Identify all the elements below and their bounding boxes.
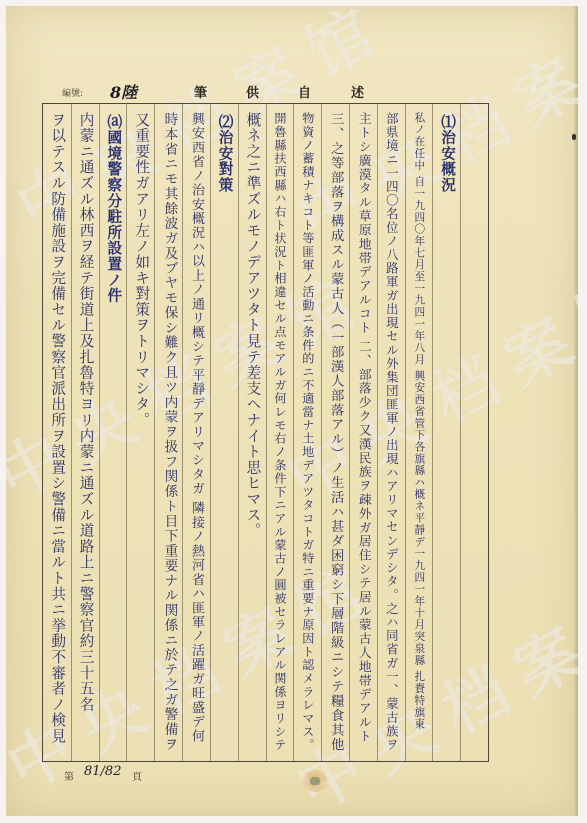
grid-column: ⑴治安概況 (432, 104, 460, 761)
section-heading: ⒜國境警察分駐所設置ノ件 (106, 114, 121, 304)
title-char: 自 (298, 82, 311, 101)
grid-column: ⑵治安對策 (210, 104, 238, 761)
page-prefix: 第 (64, 768, 74, 783)
stamp-mark-inner (310, 777, 320, 785)
title-char: 供 (246, 82, 259, 101)
handwritten-line: 時本省ニモ其餘波ガ及ブヤモ保シ難ク且ツ内蒙ヲ扱フ関係ト目下重要ナル関係ニ於テ之ガ… (162, 112, 176, 752)
grid-column: 物資ノ蓄積ナキコト等匪軍ノ活動ニ条件的ニ不適當ナ土地デアツタコトガ特ニ重要ナ原因… (293, 104, 321, 761)
title-char: 述 (351, 82, 364, 101)
grid-column: 内蒙ニ通ズル林西ヲ経テ街道上及扎魯特ヨリ内蒙ニ通ズル道路上ニ警察官約三十五名 (71, 104, 99, 761)
handwritten-line: 内蒙ニ通ズル林西ヲ経テ街道上及扎魯特ヨリ内蒙ニ通ズル道路上ニ警察官約三十五名 (78, 112, 93, 712)
handwritten-line: ヲ以テスル防備施設ヲ完備セル警察官派出所ヲ設置シ警備ニ當ルト共ニ挙動不審者ノ検見 (50, 112, 65, 744)
grid-column: 主トシ廣漠タル草原地帯デアルコト 二、部落少ク又漢民族ヲ疎外ガ居住シテ居ル蒙古人… (349, 104, 377, 761)
section-heading: ⑴治安概況 (439, 114, 454, 193)
grid-column: 又重要性ガアリ左ノ如キ對策ヲトリマシタ。 (126, 104, 154, 761)
grid-column: ⒜國境警察分駐所設置ノ件 (99, 104, 127, 761)
grid-column: 部県境ニ一四〇名位ノ八路軍ガ出現セル外集団匪軍ノ出現ハアリマセンデシタ。之ハ同省… (377, 104, 405, 761)
handwritten-line: 物資ノ蓄積ナキコト等匪軍ノ活動ニ条件的ニ不適當ナ土地デアツタコトガ特ニ重要ナ原因… (302, 112, 314, 752)
grid-column: 三、之等部落ヲ構成スル蒙古人（一部漢人部落アル）ノ生活ハ甚ダ困窮シ下層階級ニシテ… (321, 104, 349, 761)
sheet-edge (574, 6, 578, 816)
handwritten-line: 又重要性ガアリ左ノ如キ對策ヲトリマシタ。 (134, 112, 149, 428)
punch-mark (572, 134, 576, 140)
serial-number-value: 8陸 (110, 80, 137, 103)
handwritten-line: 主トシ廣漠タル草原地帯デアルコト 二、部落少ク又漢民族ヲ疎外ガ居住シテ居ル蒙古人… (357, 112, 370, 743)
grid-column: ヲ以テスル防備施設ヲ完備セル警察官派出所ヲ設置シ警備ニ當ルト共ニ挙動不審者ノ検見 (43, 104, 71, 761)
handwritten-line: 私ノ在任中 自一九四〇年七月至一九四一年八月 興安西省管下各旗縣ハ概ネ平靜デ一九… (414, 112, 425, 730)
grid-column: 時本省ニモ其餘波ガ及ブヤモ保シ難ク且ツ内蒙ヲ扱フ関係ト目下重要ナル関係ニ於テ之ガ… (154, 104, 182, 761)
handwritten-line: 概ネ之ニ準ズルモノデアツタト見テ差支ヘナイト思ヒマス。 (245, 112, 260, 539)
serial-number-label: 編號: (62, 86, 83, 99)
title-char: 筆 (194, 82, 207, 101)
handwritten-line: 部県境ニ一四〇名位ノ八路軍ガ出現セル外集団匪軍ノ出現ハアリマセンデシタ。之ハ同省… (385, 112, 397, 752)
grid-column: 概ネ之ニ準ズルモノデアツタト見テ差支ヘナイト思ヒマス。 (238, 104, 266, 761)
handwritten-line: 三、之等部落ヲ構成スル蒙古人（一部漢人部落アル）ノ生活ハ甚ダ困窮シ下層階級ニシテ… (329, 112, 342, 752)
handwritten-line: 興安西省ノ治安概況ハ以上ノ通リ概シテ平靜デアリマシタガ 隣接ノ熱河省ハ匪軍ノ活躍… (190, 112, 203, 743)
grid-column (460, 104, 488, 761)
document-sheet: 中央档案馆 中央档案馆 中央档案馆 中央档案馆 中央档案馆 中央档案馆 編號: … (6, 6, 578, 816)
page-suffix: 頁 (132, 768, 142, 783)
page-number: 81/82 (84, 764, 121, 779)
document-header: 編號: 8陸 筆 供 自 述 (6, 82, 578, 102)
manuscript-grid: ヲ以テスル防備施設ヲ完備セル警察官派出所ヲ設置シ警備ニ當ルト共ニ挙動不審者ノ検見… (42, 103, 489, 762)
grid-column: 興安西省ノ治安概況ハ以上ノ通リ概シテ平靜デアリマシタガ 隣接ノ熱河省ハ匪軍ノ活躍… (182, 104, 210, 761)
grid-column: 開魯縣扶西縣ハ右ト状況ト相違セル点モアルガ何レモ右ノ条件下ニアル蒙古ノ圓被セラレ… (266, 104, 294, 761)
grid-column: 私ノ在任中 自一九四〇年七月至一九四一年八月 興安西省管下各旗縣ハ概ネ平靜デ一九… (405, 104, 433, 761)
handwritten-line: 開魯縣扶西縣ハ右ト状況ト相違セル点モアルガ何レモ右ノ条件下ニアル蒙古ノ圓被セラレ… (274, 112, 286, 752)
section-heading: ⑵治安對策 (217, 114, 232, 193)
